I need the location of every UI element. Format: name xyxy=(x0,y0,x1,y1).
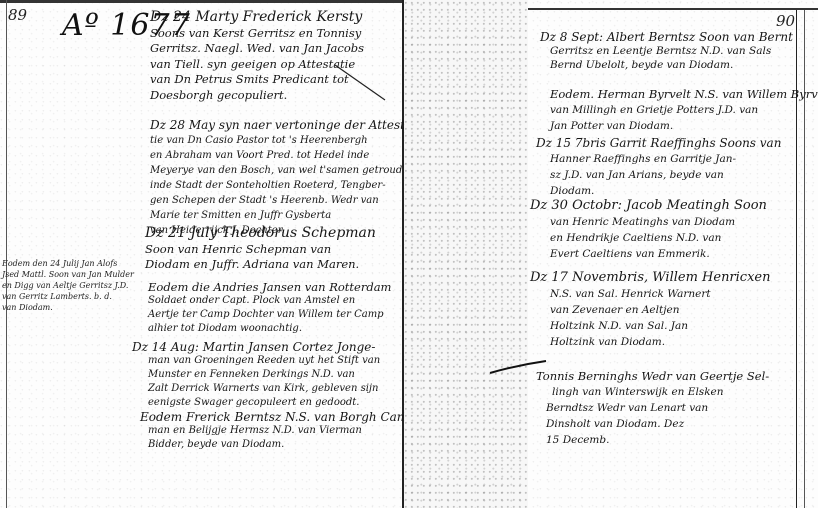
entry-line: Zalt Derrick Warnerts van Kirk, gebleven… xyxy=(132,382,380,396)
register-entry: Dz 14 Aug: Martin Jansen Cortez Jonge- m… xyxy=(132,340,380,410)
entry-line: Diodam. xyxy=(536,183,781,199)
entry-line: man van Groeningen Reeden uyt het Stift … xyxy=(132,354,380,368)
entry-line: Dz 15 7bris Garrit Raeffinghs Soons van xyxy=(536,135,781,151)
left-edge-rule xyxy=(6,0,7,508)
entry-line: Jan Potter van Diodam. xyxy=(550,118,818,134)
entry-line: Marie ter Smitten en Juffr Gysberta xyxy=(150,208,416,223)
entry-line: Tonnis Berninghs Wedr van Geertje Sel- xyxy=(536,368,769,384)
entry-line: Eodem Frerick Berntsz N.S. van Borgh Cam… xyxy=(140,410,427,424)
entry-line: 15 Decemb. xyxy=(536,432,769,448)
entry-line: Bidder, beyde van Diodam. xyxy=(140,438,427,452)
book-gutter xyxy=(404,0,528,508)
margin-note-line: Jsed Mattl. Soon van Jan Mulder xyxy=(2,269,110,280)
entry-line: Munster en Fenneken Derkings N.D. van xyxy=(132,368,380,382)
right-page-margin-rule xyxy=(796,10,797,508)
entry-line: Gerritsz. Naegl. Wed. van Jan Jacobs xyxy=(150,41,364,57)
register-entry: Dz 17 Novembris, Willem Henricxen N.S. v… xyxy=(530,270,771,350)
entry-line: alhier tot Diodam woonachtig. xyxy=(148,322,391,336)
left-page: 89 Aº 1677 Dz 24 Marty Frederick Kersty … xyxy=(0,0,404,508)
folio-number: 90 xyxy=(776,12,795,30)
register-entry: Dz 28 May syn naer vertoninge der Attest… xyxy=(150,118,416,238)
strike-through-mark xyxy=(330,60,390,105)
entry-line: sz J.D. van Jan Arians, beyde van xyxy=(536,167,781,183)
entry-line: en Abraham van Voort Pred. tot Hedel ind… xyxy=(150,148,416,163)
entry-line: Eodem. Herman Byrvelt N.S. van Willem By… xyxy=(550,86,818,102)
entry-line: Soon van Henric Schepman van xyxy=(145,242,376,258)
entry-line: Holtzink N.D. van Sal. Jan xyxy=(530,318,771,334)
entry-line: man en Belijgje Hermsz N.D. van Vierman xyxy=(140,424,427,438)
entry-line: Dz 28 May syn naer vertoninge der Attest… xyxy=(150,118,416,133)
margin-note-line: van Diodam. xyxy=(2,302,110,313)
register-entry: Eodem. Herman Byrvelt N.S. van Willem By… xyxy=(550,86,818,134)
register-entry: Dz 21 July Theodorus Schepman Soon van H… xyxy=(145,226,376,273)
register-entry: Dz 8 Sept: Albert Berntsz Soon van Bernt… xyxy=(540,30,793,72)
entry-line: Evert Caeltiens van Emmerik. xyxy=(530,246,767,262)
entry-line: eenigste Swager gecopuleert en gedoodt. xyxy=(132,396,380,410)
entry-line: van Zevenaer en Aeltjen xyxy=(530,302,771,318)
entry-line: Eodem die Andries Jansen van Rotterdam xyxy=(148,280,391,294)
margin-note-line: Eodem den 24 Julij Jan Alofs xyxy=(2,258,110,269)
entry-line: Bernd Ubelolt, beyde van Diodam. xyxy=(540,58,793,72)
entry-line: van Millingh en Grietje Potters J.D. van xyxy=(550,102,818,118)
top-edge-rule xyxy=(528,8,818,10)
entry-line: gen Schepen der Stadt 's Heerenb. Wedr v… xyxy=(150,193,416,208)
pen-stroke-mark xyxy=(488,357,548,377)
entry-line: Dz 14 Aug: Martin Jansen Cortez Jonge- xyxy=(132,340,380,354)
entry-line: N.S. van Sal. Henrick Warnert xyxy=(530,286,771,302)
entry-line: Diodam en Juffr. Adriana van Maren. xyxy=(145,257,376,273)
register-entry: Dz 30 Octobr: Jacob Meatingh Soon van He… xyxy=(530,198,767,262)
entry-line: lingh van Winterswijk en Elsken xyxy=(536,384,769,400)
entry-line: Meyerye van den Bosch, van wel t'samen g… xyxy=(150,163,416,178)
folio-number: 89 xyxy=(8,6,27,24)
register-entry: Tonnis Berninghs Wedr van Geertje Sel- l… xyxy=(536,368,769,448)
entry-line: Gerritsz en Leentje Berntsz N.D. van Sal… xyxy=(540,44,793,58)
margin-note: Eodem den 24 Julij Jan Alofs Jsed Mattl.… xyxy=(2,258,110,313)
entry-line: Dz 24 Marty Frederick Kersty xyxy=(150,10,364,26)
entry-line: inde Stadt der Sonteholtien Roeterd, Ten… xyxy=(150,178,416,193)
entry-line: Hanner Raeffinghs en Garritje Jan- xyxy=(536,151,781,167)
entry-line: Berndtsz Wedr van Lenart van xyxy=(536,400,769,416)
entry-line: Dinsholt van Diodam. Dez xyxy=(536,416,769,432)
register-entry: Eodem die Andries Jansen van Rotterdam S… xyxy=(148,280,391,336)
entry-line: Dz 17 Novembris, Willem Henricxen xyxy=(530,270,771,286)
margin-note-line: en Digg van Aeltje Gerritsz J.D. xyxy=(2,280,110,291)
right-edge-rule xyxy=(804,10,805,508)
entry-line: Dz 21 July Theodorus Schepman xyxy=(145,226,376,242)
register-entry: Dz 15 7bris Garrit Raeffinghs Soons van … xyxy=(536,135,781,199)
entry-line: Holtzink van Diodam. xyxy=(530,334,771,350)
entry-line: Dz 8 Sept: Albert Berntsz Soon van Bernt xyxy=(540,30,793,44)
entry-line: Soldaet onder Capt. Plock van Amstel en xyxy=(148,294,391,308)
entry-line: tie van Dn Casio Pastor tot 's Heerenber… xyxy=(150,133,416,148)
register-entry: Eodem Frerick Berntsz N.S. van Borgh Cam… xyxy=(140,410,427,452)
entry-line: Soons van Kerst Gerritsz en Tonnisy xyxy=(150,26,364,42)
entry-line: van Henric Meatinghs van Diodam xyxy=(530,214,767,230)
entry-line: en Hendrikje Caeltiens N.D. van xyxy=(530,230,767,246)
entry-line: Dz 30 Octobr: Jacob Meatingh Soon xyxy=(530,198,767,214)
margin-note-line: van Gerritz Lamberts. b. d. xyxy=(2,291,110,302)
top-edge-rule xyxy=(0,0,404,3)
entry-line: Aertje ter Camp Dochter van Willem ter C… xyxy=(148,308,391,322)
right-page: 90 Dz 8 Sept: Albert Berntsz Soon van Be… xyxy=(528,0,818,508)
